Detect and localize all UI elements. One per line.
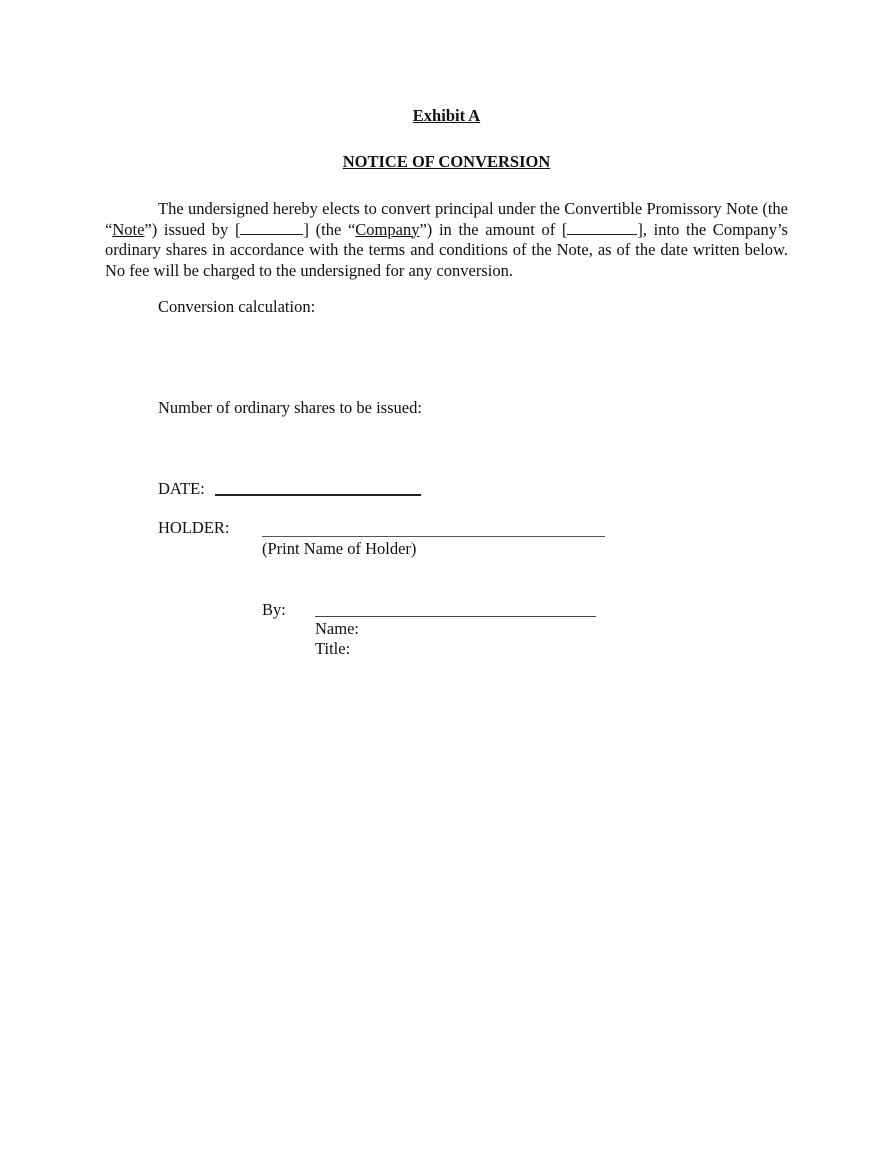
holder-label: HOLDER: (158, 518, 230, 538)
date-label: DATE: (158, 479, 205, 499)
amount-blank-field[interactable] (567, 220, 637, 235)
paragraph-text-3: ] (the “ (303, 220, 355, 239)
signer-title-label: Title: (315, 639, 350, 659)
holder-name-line[interactable] (262, 536, 605, 537)
conversion-paragraph: The undersigned hereby elects to convert… (105, 199, 788, 281)
exhibit-title: Exhibit A (0, 106, 893, 126)
by-label: By: (262, 600, 286, 620)
issuer-blank-field[interactable] (240, 220, 303, 235)
notice-title: NOTICE OF CONVERSION (0, 152, 893, 172)
shares-to-issue-label: Number of ordinary shares to be issued: (158, 398, 422, 418)
date-signature-line[interactable] (215, 494, 421, 496)
note-defined-term: Note (112, 220, 144, 239)
by-signature-line[interactable] (315, 616, 596, 617)
paragraph-text-4: ”) in the amount of [ (419, 220, 567, 239)
company-defined-term: Company (355, 220, 419, 239)
signer-name-label: Name: (315, 619, 359, 639)
paragraph-text-2: ”) issued by [ (144, 220, 240, 239)
conversion-calculation-label: Conversion calculation: (158, 297, 315, 317)
print-name-caption: (Print Name of Holder) (262, 539, 416, 559)
